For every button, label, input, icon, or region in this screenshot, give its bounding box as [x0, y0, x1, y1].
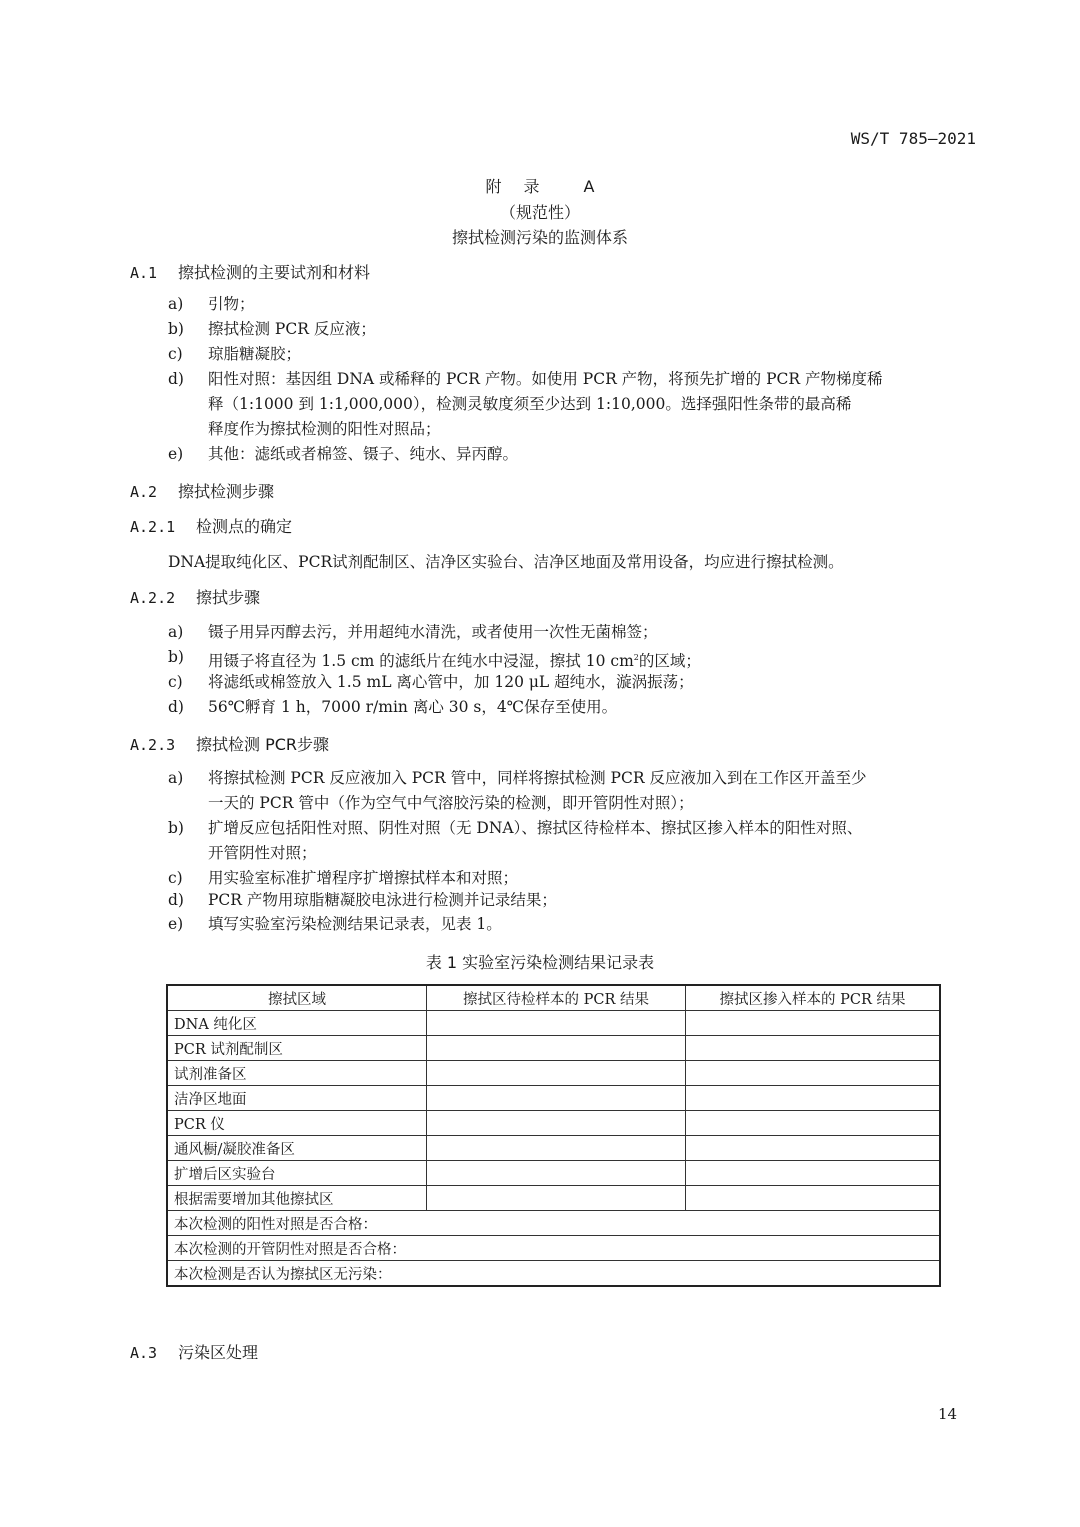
table-row: 通风橱/凝胶准备区	[167, 1136, 940, 1161]
section-title: 擦拭检测步骤	[178, 482, 274, 501]
contamination-record-table: 擦拭区域 擦拭区待检样本的 PCR 结果 擦拭区掺入样本的 PCR 结果 DNA…	[166, 984, 941, 1287]
list-marker: a)	[168, 620, 208, 645]
list-text-line: 扩增反应包括阳性对照、阴性对照（无 DNA）、擦拭区待检样本、擦拭区掺入样本的阳…	[208, 816, 978, 841]
list-marker: b)	[168, 816, 208, 841]
section-number: A.2.1	[130, 518, 196, 536]
list-text: 将滤纸或棉签放入 1.5 mL 离心管中，加 120 μL 超纯水，漩涡振荡；	[208, 670, 978, 695]
table-caption: 表 1 实验室污染检测结果记录表	[0, 950, 1080, 973]
section-number: A.2.2	[130, 589, 196, 607]
table-cell-result	[427, 1036, 686, 1061]
table-cell-area: 试剂准备区	[167, 1061, 427, 1086]
section-title: 擦拭检测 PCR步骤	[196, 735, 329, 754]
table-cell-result	[427, 1161, 686, 1186]
table-cell-result	[686, 1136, 941, 1161]
section-heading-a22: A.2.2擦拭步骤	[130, 585, 260, 608]
table-footer-row: 本次检测的阳性对照是否合格：	[167, 1211, 940, 1236]
table-cell-result	[686, 1111, 941, 1136]
table-cell-area: 通风橱/凝胶准备区	[167, 1136, 427, 1161]
table-row: 扩增后区实验台	[167, 1161, 940, 1186]
table-row: PCR 试剂配制区	[167, 1036, 940, 1061]
column-header: 擦拭区待检样本的 PCR 结果	[427, 985, 686, 1011]
section-title: 检测点的确定	[196, 517, 292, 536]
table-cell-result	[686, 1061, 941, 1086]
table-footer-cell: 本次检测是否认为擦拭区无污染：	[167, 1261, 940, 1287]
table-footer-cell: 本次检测的开管阴性对照是否合格：	[167, 1236, 940, 1261]
table-row: 洁净区地面	[167, 1086, 940, 1111]
table-footer-row: 本次检测是否认为擦拭区无污染：	[167, 1261, 940, 1287]
list-marker: e)	[168, 442, 208, 467]
list-text: 镊子用异丙醇去污，并用超纯水清洗，或者使用一次性无菌棉签；	[208, 620, 978, 645]
table-cell-result	[686, 1036, 941, 1061]
appendix-label-char2: 录	[524, 177, 540, 196]
table-cell-result	[427, 1186, 686, 1211]
list-text: 56℃孵育 1 h，7000 r/min 离心 30 s，4℃保存至使用。	[208, 695, 978, 720]
list-marker: d)	[168, 367, 208, 392]
section-title: 擦拭步骤	[196, 588, 260, 607]
list-marker: c)	[168, 670, 208, 695]
table-row: DNA 纯化区	[167, 1011, 940, 1036]
list-marker: a)	[168, 766, 208, 791]
table-cell-area: DNA 纯化区	[167, 1011, 427, 1036]
table-cell-result	[686, 1011, 941, 1036]
table-cell-area: 根据需要增加其他擦拭区	[167, 1186, 427, 1211]
table-cell-result	[427, 1111, 686, 1136]
section-heading-a23: A.2.3擦拭检测 PCR步骤	[130, 732, 329, 755]
list-marker: d)	[168, 888, 208, 913]
table-cell-result	[686, 1161, 941, 1186]
list-marker: c)	[168, 342, 208, 367]
appendix-label-char1: 附	[486, 177, 502, 196]
table-cell-result	[686, 1186, 941, 1211]
list-text: 琼脂糖凝胶；	[208, 342, 978, 367]
table-cell-area: PCR 仪	[167, 1111, 427, 1136]
list-text: 擦拭检测 PCR 反应液；	[208, 317, 978, 342]
table-cell-result	[427, 1086, 686, 1111]
section-title: 污染区处理	[178, 1343, 258, 1362]
list-text-post: 的区域；	[639, 652, 701, 670]
section-heading-a21: A.2.1检测点的确定	[130, 514, 292, 537]
section-number: A.3	[130, 1344, 178, 1362]
list-text-line: 释度作为擦拭检测的阳性对照品；	[208, 417, 978, 442]
appendix-title: 擦拭检测污染的监测体系	[0, 225, 1080, 248]
table-row: PCR 仪	[167, 1111, 940, 1136]
table-cell-area: 扩增后区实验台	[167, 1161, 427, 1186]
standard-code: WS/T 785—2021	[0, 129, 976, 148]
appendix-letter: A	[584, 177, 595, 196]
list-text-line: 将擦拭检测 PCR 反应液加入 PCR 管中，同样将擦拭检测 PCR 反应液加入…	[208, 766, 978, 791]
paragraph: DNA提取纯化区、PCR试剂配制区、洁净区实验台、洁净区地面及常用设备，均应进行…	[168, 550, 844, 572]
column-header: 擦拭区掺入样本的 PCR 结果	[686, 985, 941, 1011]
table-row: 试剂准备区	[167, 1061, 940, 1086]
list-text-line: 释（1:1000 到 1:1,000,000），检测灵敏度须至少达到 1:10,…	[208, 392, 978, 417]
list-text-line: 阳性对照：基因组 DNA 或稀释的 PCR 产物。如使用 PCR 产物，将预先扩…	[208, 367, 978, 392]
section-number: A.2.3	[130, 736, 196, 754]
table-cell-result	[427, 1136, 686, 1161]
page-number: 14	[938, 1405, 957, 1423]
list-text: 其他：滤纸或者棉签、镊子、纯水、异丙醇。	[208, 442, 978, 467]
list-marker: b)	[168, 317, 208, 342]
section-heading-a1: A.1擦拭检测的主要试剂和材料	[130, 260, 370, 283]
list-text: PCR 产物用琼脂糖凝胶电泳进行检测并记录结果；	[208, 888, 978, 913]
table-cell-area: PCR 试剂配制区	[167, 1036, 427, 1061]
appendix-label: 附录A	[0, 174, 1080, 197]
list-text: 填写实验室污染检测结果记录表，见表 1。	[208, 912, 978, 937]
table-row: 根据需要增加其他擦拭区	[167, 1186, 940, 1211]
appendix-nature: （规范性）	[0, 200, 1080, 223]
list-text-line: 一天的 PCR 管中（作为空气中气溶胶污染的检测，即开管阴性对照）；	[208, 791, 978, 816]
section-title: 擦拭检测的主要试剂和材料	[178, 263, 370, 282]
table-footer-cell: 本次检测的阳性对照是否合格：	[167, 1211, 940, 1236]
section-number: A.2	[130, 483, 178, 501]
table-cell-result	[427, 1061, 686, 1086]
table-cell-result	[427, 1011, 686, 1036]
list-text: 引物；	[208, 292, 978, 317]
table-cell-result	[686, 1086, 941, 1111]
list-text-line: 开管阴性对照；	[208, 841, 978, 866]
table-cell-area: 洁净区地面	[167, 1086, 427, 1111]
section-heading-a2: A.2擦拭检测步骤	[130, 479, 274, 502]
list-marker: b)	[168, 645, 208, 670]
column-header: 擦拭区域	[167, 985, 427, 1011]
section-number: A.1	[130, 264, 178, 282]
table-footer-row: 本次检测的开管阴性对照是否合格：	[167, 1236, 940, 1261]
list-marker: e)	[168, 912, 208, 937]
section-heading-a3: A.3污染区处理	[130, 1340, 258, 1363]
list-marker: a)	[168, 292, 208, 317]
list-text-pre: 用镊子将直径为 1.5 cm 的滤纸片在纯水中浸湿，擦拭 10 cm	[208, 652, 634, 670]
list-marker: d)	[168, 695, 208, 720]
table-header-row: 擦拭区域 擦拭区待检样本的 PCR 结果 擦拭区掺入样本的 PCR 结果	[167, 985, 940, 1011]
